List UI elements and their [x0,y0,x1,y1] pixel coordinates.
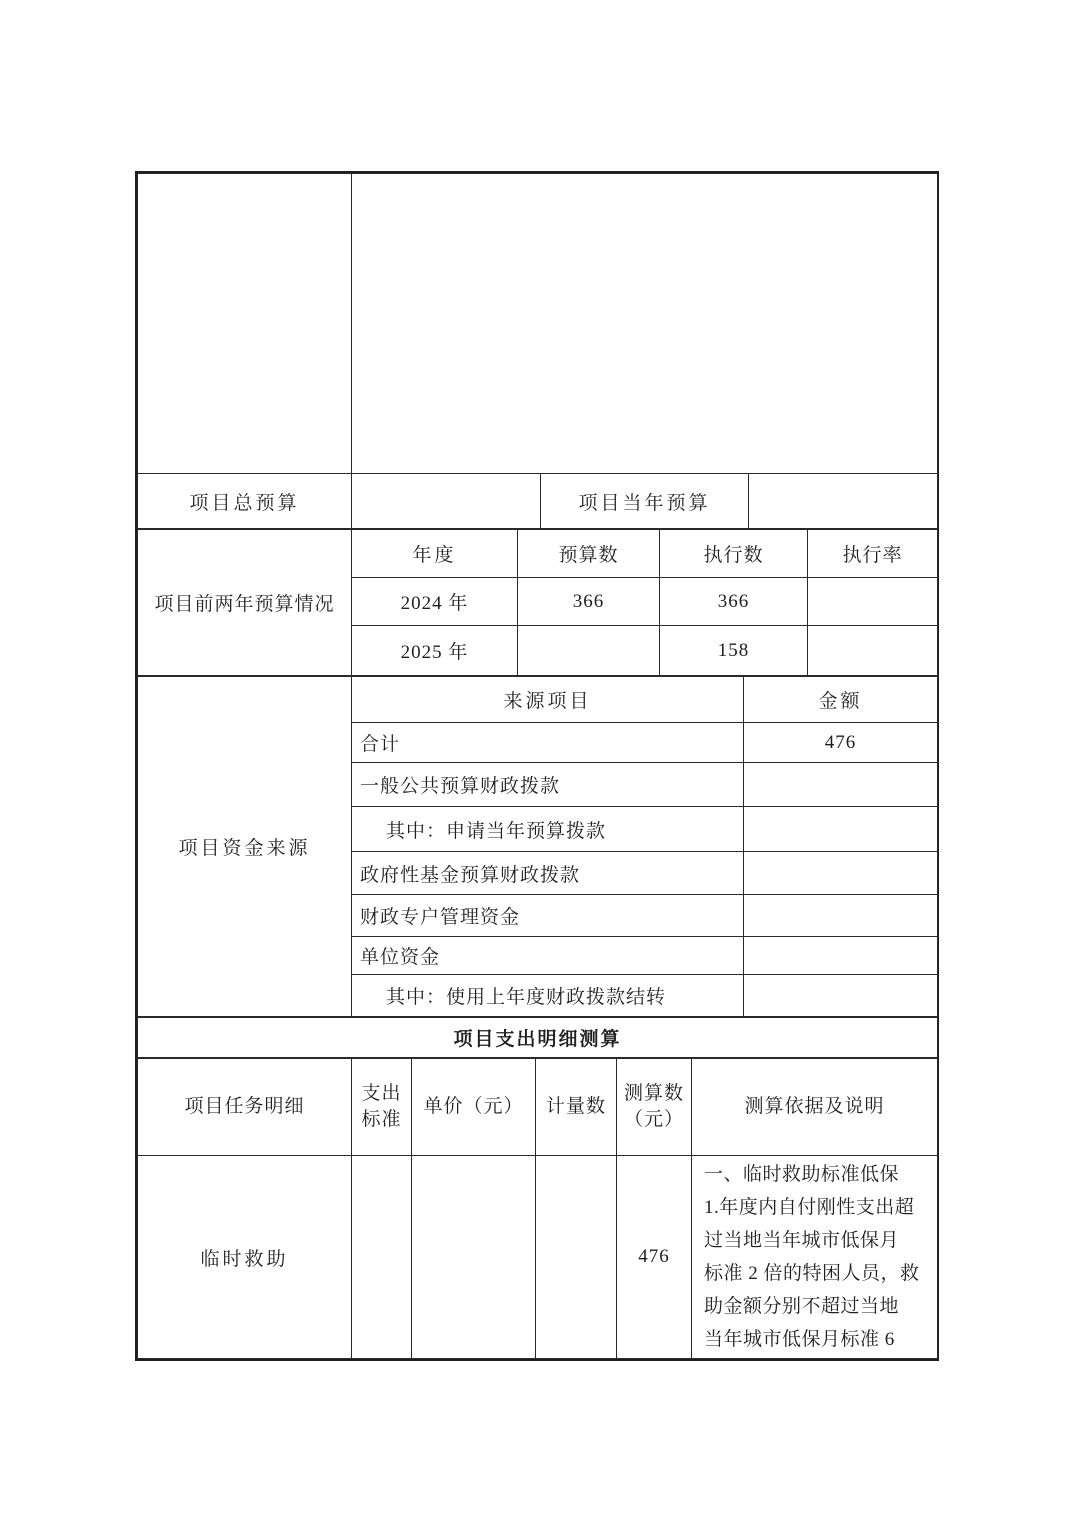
task-basis-description: 一、临时救助标准低保 1.年度内自付刚性支出超 过当地当年城市低保月 标准 2 … [692,1156,938,1359]
funding-item-fiscal-special-account: 财政专户管理资金 [352,895,744,937]
year-2025-budget [518,626,660,676]
year-2024-rate [808,578,938,626]
task-quantity [536,1156,617,1359]
year-2024-cell: 2024 年 [352,578,518,626]
task-temporary-relief: 临时救助 [138,1156,352,1359]
expenditure-header-row: 项目任务明细 支出标准 单价（元） 计量数 测算数（元） 测算依据及说明 [138,1059,938,1156]
column-header-budget: 预算数 [518,530,660,578]
task-unit-price [412,1156,536,1359]
column-header-task-detail: 项目任务明细 [138,1059,352,1156]
funding-item-carryover-prior-year: 其中：使用上年度财政拨款结转 [352,975,744,1017]
year-2025-executed: 158 [660,626,808,676]
funding-item-unit-funds: 单位资金 [352,937,744,975]
expenditure-section-title: 项目支出明细测算 [138,1018,938,1058]
funding-amount-fiscal-special-account [744,895,938,937]
year-2025-rate [808,626,938,676]
task-estimated-amount: 476 [617,1156,692,1359]
project-current-year-budget-label: 项目当年预算 [541,474,749,529]
funding-amount-total: 476 [744,723,938,763]
year-2024-budget: 366 [518,578,660,626]
funding-item-government-fund-budget: 政府性基金预算财政拨款 [352,852,744,895]
budget-summary-row: 项目总预算 项目当年预算 [138,474,938,529]
funding-header-row: 项目资金来源 来源项目 金额 [138,677,938,723]
top-left-blank-cell [138,174,352,474]
year-2024-executed: 366 [660,578,808,626]
column-header-estimated-amount: 测算数（元） [617,1059,692,1156]
top-right-blank-cell [352,174,938,474]
column-header-quantity: 计量数 [536,1059,617,1156]
column-header-source-item: 来源项目 [352,677,744,723]
expenditure-title-row: 项目支出明细测算 [138,1018,938,1058]
column-header-unit-price: 单价（元） [412,1059,536,1156]
column-header-executed: 执行数 [660,530,808,578]
budget-table: 项目总预算 项目当年预算 项目前两年预算情况 年度 预算数 执行数 执行率 20… [135,171,939,1361]
expenditure-title-section: 项目支出明细测算 [137,1017,938,1058]
funding-amount-current-year-appropriation [744,807,938,852]
funding-item-total: 合计 [352,723,744,763]
table-row: 临时救助 476 一、临时救助标准低保 1.年度内自付刚性支出超 过当地当年城市… [138,1156,938,1359]
blank-header-row [138,174,938,474]
funding-item-current-year-appropriation: 其中：申请当年预算拨款 [352,807,744,852]
funding-item-general-public-budget: 一般公共预算财政拨款 [352,763,744,807]
project-total-budget-value [352,474,541,529]
project-current-year-budget-value [749,474,938,529]
project-total-budget-label: 项目总预算 [138,474,352,529]
funding-amount-carryover-prior-year [744,975,938,1017]
funding-amount-government-fund-budget [744,852,938,895]
column-header-amount: 金额 [744,677,938,723]
prior-years-section: 项目前两年预算情况 年度 预算数 执行数 执行率 2024 年 366 366 … [137,529,938,676]
column-header-basis: 测算依据及说明 [692,1059,938,1156]
funding-sources-section: 项目资金来源 来源项目 金额 合计 476 一般公共预算财政拨款 其中：申请当年… [137,676,938,1017]
funding-section-label: 项目资金来源 [138,677,352,1017]
column-header-rate: 执行率 [808,530,938,578]
year-2025-cell: 2025 年 [352,626,518,676]
expenditure-detail-section: 项目任务明细 支出标准 单价（元） 计量数 测算数（元） 测算依据及说明 临时救… [137,1058,938,1359]
column-header-year: 年度 [352,530,518,578]
funding-amount-unit-funds [744,937,938,975]
top-summary-section: 项目总预算 项目当年预算 [137,173,938,529]
prior-years-section-label: 项目前两年预算情况 [138,530,352,676]
column-header-expense-standard: 支出标准 [352,1059,412,1156]
document-page: 项目总预算 项目当年预算 项目前两年预算情况 年度 预算数 执行数 执行率 20… [0,0,1074,1520]
task-expense-standard [352,1156,412,1359]
prior-years-header-row: 项目前两年预算情况 年度 预算数 执行数 执行率 [138,530,938,578]
funding-amount-general-public-budget [744,763,938,807]
